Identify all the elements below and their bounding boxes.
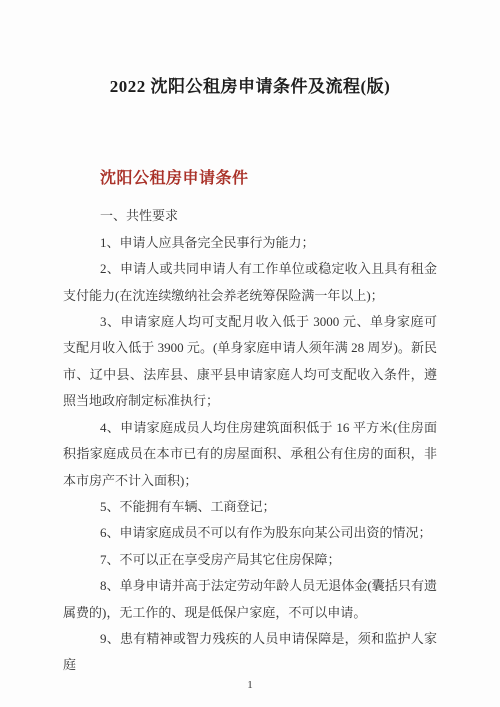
section-heading: 沈阳公租房申请条件: [100, 169, 500, 188]
paragraph-item-2: 2、申请人或共同申请人有工作单位或稳定收入且具有租金支付能力(在沈连续缴纳社会养…: [63, 256, 437, 309]
paragraph-item-6: 6、申请家庭成员不可以有作为股东向某公司出资的情况；: [63, 520, 437, 546]
paragraph-item-7: 7、不可以正在享受房产局其它住房保障；: [63, 547, 437, 573]
paragraph-item-1: 1、申请人应具备完全民事行为能力；: [63, 230, 437, 256]
paragraph-item-8: 8、单身申请并高于法定劳动年龄人员无退体金(囊括只有遗属费的)，无工作的、现是低…: [63, 573, 437, 626]
document-page: 2022 沈阳公租房申请条件及流程(版) 沈阳公租房申请条件 一、共性要求 1、…: [0, 0, 500, 707]
document-title: 2022 沈阳公租房申请条件及流程(版): [63, 76, 437, 97]
paragraph-item-5: 5、不能拥有车辆、工商登记；: [63, 494, 437, 520]
paragraph-item-3: 3、申请家庭人均可支配月收入低于 3000 元、单身家庭可支配月收入低于 390…: [63, 309, 437, 415]
paragraph-item-9: 9、患有精神或智力残疾的人员申请保障是，须和监护人家庭: [63, 626, 437, 679]
document-body: 一、共性要求 1、申请人应具备完全民事行为能力； 2、申请人或共同申请人有工作单…: [63, 203, 437, 678]
page-number: 1: [0, 679, 500, 692]
paragraph-item-4: 4、申请家庭成员人均住房建筑面积低于 16 平方米(住房面积指家庭成员在本市已有…: [63, 415, 437, 494]
paragraph-common-requirements-heading: 一、共性要求: [63, 203, 437, 229]
